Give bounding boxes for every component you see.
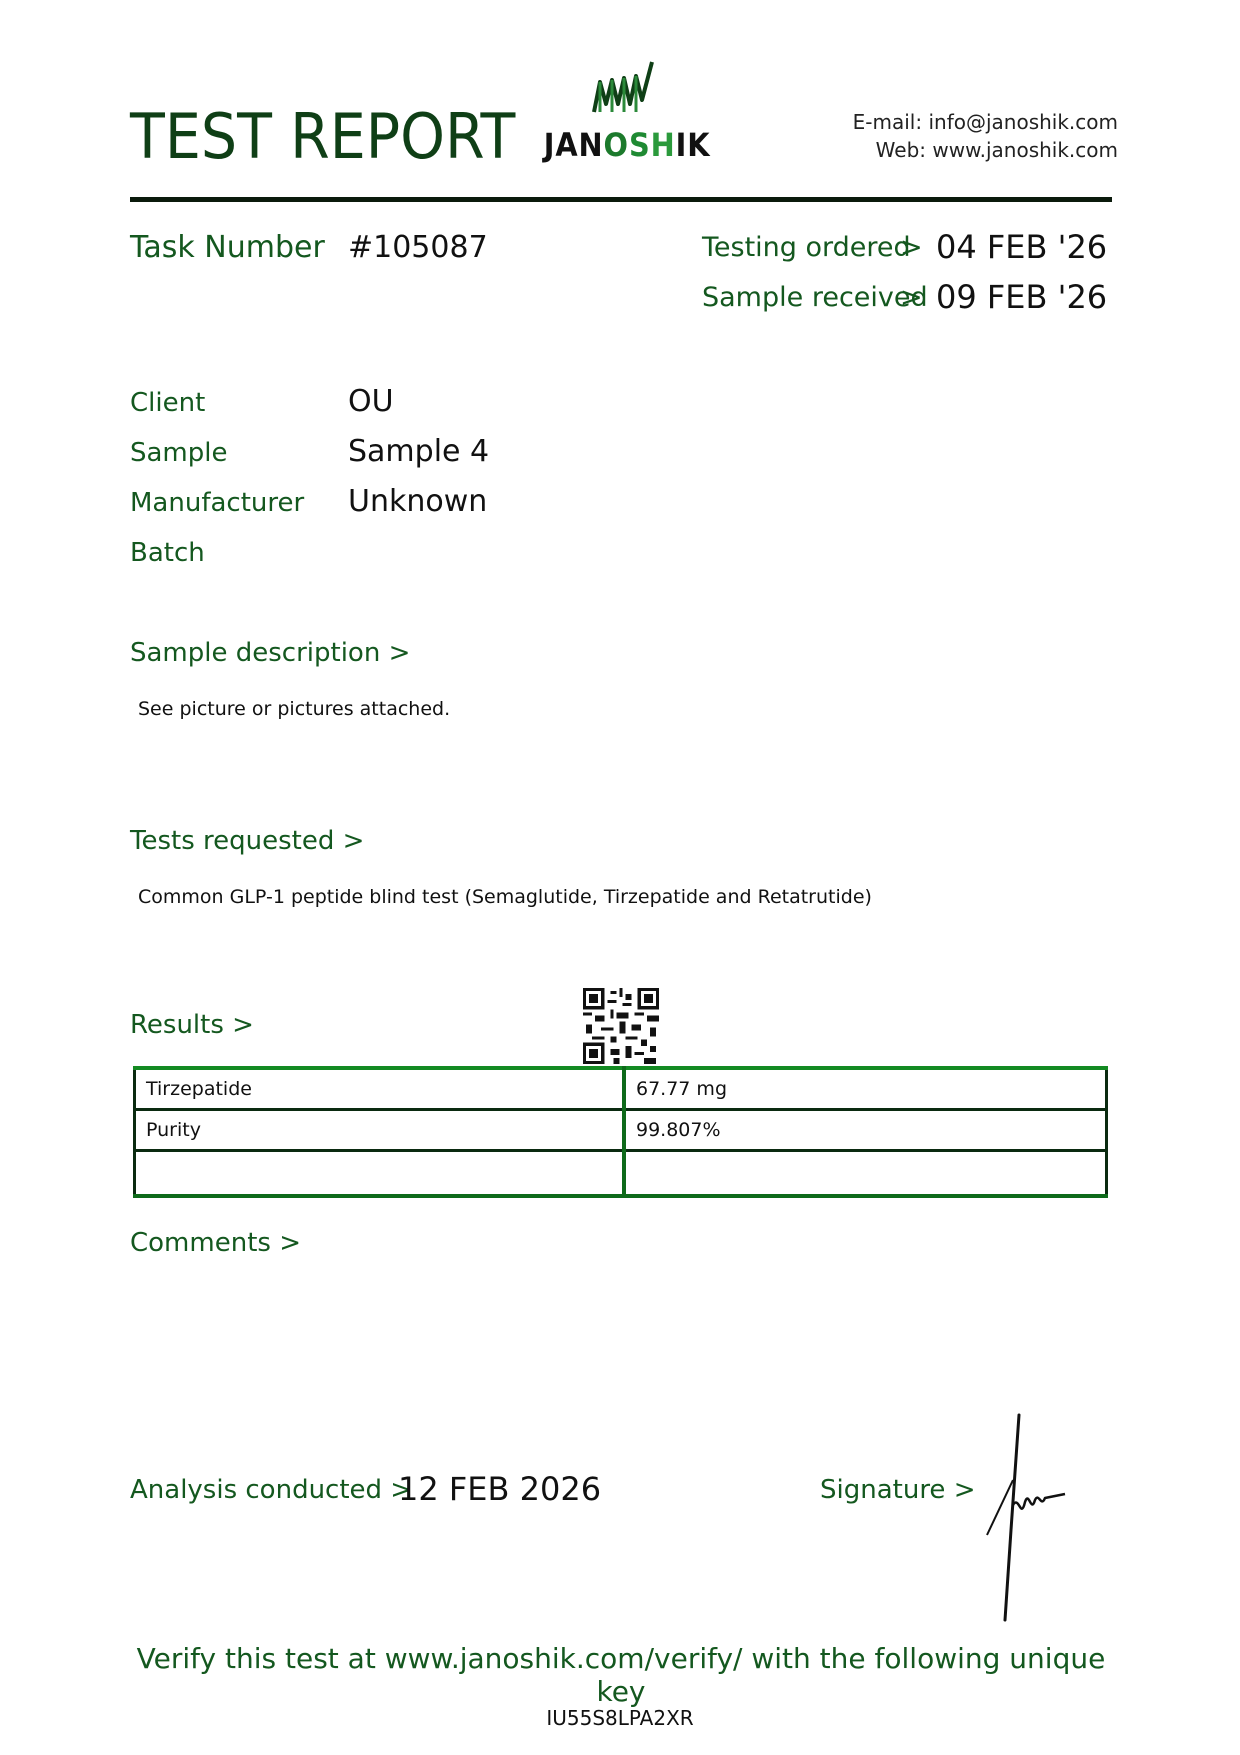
signature-label: Signature >	[820, 1475, 975, 1505]
task-number-value: #105087	[348, 230, 488, 265]
verify-instructions: Verify this test at www.janoshik.com/ver…	[130, 1642, 1112, 1708]
tests-requested-heading: Tests requested >	[130, 826, 364, 856]
sample-received-date: 09 FEB '26	[936, 278, 1107, 316]
client-label: Client	[130, 388, 205, 418]
sample-received-label: Sample received	[702, 282, 928, 313]
sample-label: Sample	[130, 438, 228, 468]
result-name: Purity	[135, 1110, 625, 1151]
manufacturer-value: Unknown	[348, 484, 487, 519]
contact-email[interactable]: E-mail: info@janoshik.com	[853, 108, 1118, 136]
contact-web[interactable]: Web: www.janoshik.com	[853, 136, 1118, 164]
testing-ordered-date: 04 FEB '26	[936, 228, 1107, 266]
result-value: 99.807%	[624, 1110, 1107, 1151]
sample-description-text: See picture or pictures attached.	[138, 698, 450, 720]
result-name: Tirzepatide	[135, 1068, 625, 1110]
header-divider	[130, 197, 1112, 202]
testing-ordered-label: Testing ordered	[702, 232, 911, 263]
results-table: Tirzepatide 67.77 mg Purity 99.807%	[133, 1066, 1108, 1198]
manufacturer-label: Manufacturer	[130, 488, 304, 518]
table-row: Purity 99.807%	[135, 1110, 1107, 1151]
analysis-conducted-label: Analysis conducted >	[130, 1475, 412, 1505]
sample-value: Sample 4	[348, 434, 489, 469]
logo-wordmark: JANOSHIK	[544, 126, 702, 164]
sample-description-heading: Sample description >	[130, 638, 410, 668]
results-heading: Results >	[130, 1010, 254, 1040]
verification-key: IU55S8LPA2XR	[0, 1706, 1240, 1730]
result-value: 67.77 mg	[624, 1068, 1107, 1110]
comments-heading: Comments >	[130, 1228, 301, 1258]
qr-code-icon[interactable]	[583, 988, 659, 1064]
analysis-conducted-date: 12 FEB 2026	[398, 1470, 601, 1508]
table-row: Tirzepatide 67.77 mg	[135, 1068, 1107, 1110]
contact-info: E-mail: info@janoshik.com Web: www.janos…	[853, 108, 1118, 164]
janoshik-logo: JANOSHIK	[535, 60, 710, 170]
table-row	[135, 1151, 1107, 1197]
tests-requested-text: Common GLP-1 peptide blind test (Semaglu…	[138, 886, 872, 908]
arrow-icon: >	[900, 282, 923, 313]
batch-label: Batch	[130, 538, 205, 568]
report-title: TEST REPORT	[130, 100, 515, 173]
task-number-label: Task Number	[130, 230, 325, 265]
rising-chart-logo-icon	[590, 60, 660, 120]
result-name	[135, 1151, 625, 1197]
client-value: OU	[348, 384, 394, 419]
result-value	[624, 1151, 1107, 1197]
arrow-icon: >	[900, 232, 923, 263]
signature-icon	[985, 1410, 1085, 1630]
